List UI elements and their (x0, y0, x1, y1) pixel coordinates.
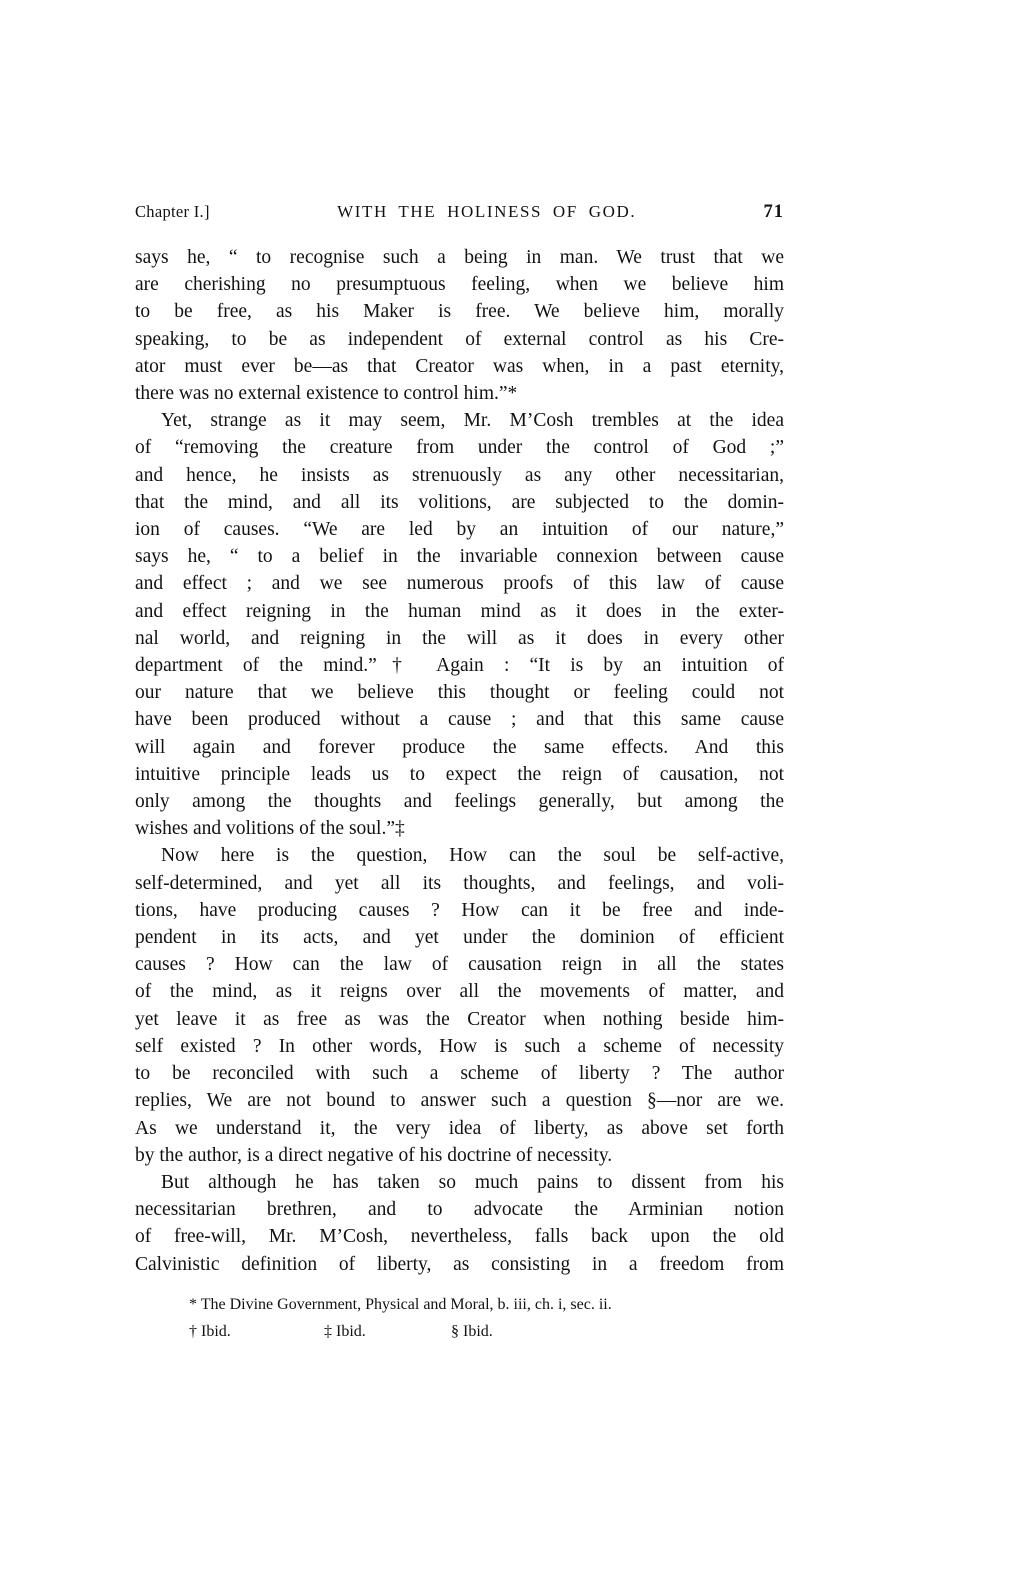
text-line: to be reconciled with such a scheme of l… (135, 1060, 784, 1087)
text-line: yet leave it as free as was the Creator … (135, 1006, 784, 1033)
text-line: of the mind, as it reigns over all the m… (135, 978, 784, 1005)
footnotes: * The Divine Government, Physical and Mo… (135, 1291, 784, 1345)
text-line: necessitarian brethren, and to advocate … (135, 1196, 784, 1223)
text-line: wishes and volitions of the soul.”‡ (135, 815, 784, 842)
text-line: Now here is the question, How can the so… (135, 842, 784, 869)
text-line: of “removing the creature from under the… (135, 434, 784, 461)
text-line: causes ? How can the law of causation re… (135, 951, 784, 978)
text-line: of free-will, Mr. M’Cosh, nevertheless, … (135, 1223, 784, 1250)
text-line: pendent in its acts, and yet under the d… (135, 924, 784, 951)
text-line: will again and forever produce the same … (135, 734, 784, 761)
text-line: are cherishing no presumptuous feeling, … (135, 271, 784, 298)
text-line: Calvinistic definition of liberty, as co… (135, 1251, 784, 1278)
chapter-label: Chapter I.] (135, 202, 210, 222)
text-line: Yet, strange as it may seem, Mr. M’Cosh … (135, 407, 784, 434)
footnote-ibid: ‡ Ibid. (324, 1318, 451, 1345)
text-line: have been produced without a cause ; and… (135, 706, 784, 733)
text-line: department of the mind.”† Again : “It is… (135, 652, 784, 679)
text-line: intuitive principle leads us to expect t… (135, 761, 784, 788)
text-line: nal world, and reigning in the will as i… (135, 625, 784, 652)
page-number: 71 (764, 202, 785, 223)
footnote-ibid: § Ibid. (451, 1318, 493, 1345)
text-line: But although he has taken so much pains … (135, 1169, 784, 1196)
text-line: and hence, he insists as strenuously as … (135, 462, 784, 489)
text-line: and effect ; and we see numerous proofs … (135, 570, 784, 597)
footnote-source: * The Divine Government, Physical and Mo… (189, 1291, 784, 1318)
text-line: self existed ? In other words, How is su… (135, 1033, 784, 1060)
page-body: says he, “ to recognise such a being in … (135, 244, 784, 1278)
page-header: Chapter I.] WITH THE HOLINESS OF GOD. 71 (135, 202, 784, 223)
text-line: self-determined, and yet all its thought… (135, 870, 784, 897)
text-line: replies, We are not bound to answer such… (135, 1087, 784, 1114)
text-line: As we understand it, the very idea of li… (135, 1115, 784, 1142)
text-line: our nature that we believe this thought … (135, 679, 784, 706)
text-line: speaking, to be as independent of extern… (135, 326, 784, 353)
footnote-ibid: † Ibid. (189, 1318, 324, 1345)
text-line: only among the thoughts and feelings gen… (135, 788, 784, 815)
text-line: and effect reigning in the human mind as… (135, 598, 784, 625)
text-line: ator must ever be—as that Creator was wh… (135, 353, 784, 380)
text-line: there was no external existence to contr… (135, 380, 784, 407)
text-line: ion of causes. “We are led by an intuiti… (135, 516, 784, 543)
text-line: by the author, is a direct negative of h… (135, 1142, 784, 1169)
text-line: that the mind, and all its volitions, ar… (135, 489, 784, 516)
text-line: tions, have producing causes ? How can i… (135, 897, 784, 924)
text-line: to be free, as his Maker is free. We bel… (135, 298, 784, 325)
running-title: WITH THE HOLINESS OF GOD. (337, 202, 636, 222)
text-line: says he, “ to recognise such a being in … (135, 244, 784, 271)
text-line: says he, “ to a belief in the invariable… (135, 543, 784, 570)
book-page: Chapter I.] WITH THE HOLINESS OF GOD. 71… (135, 202, 784, 1345)
footnote-refs: † Ibid.‡ Ibid.§ Ibid. (189, 1318, 784, 1345)
